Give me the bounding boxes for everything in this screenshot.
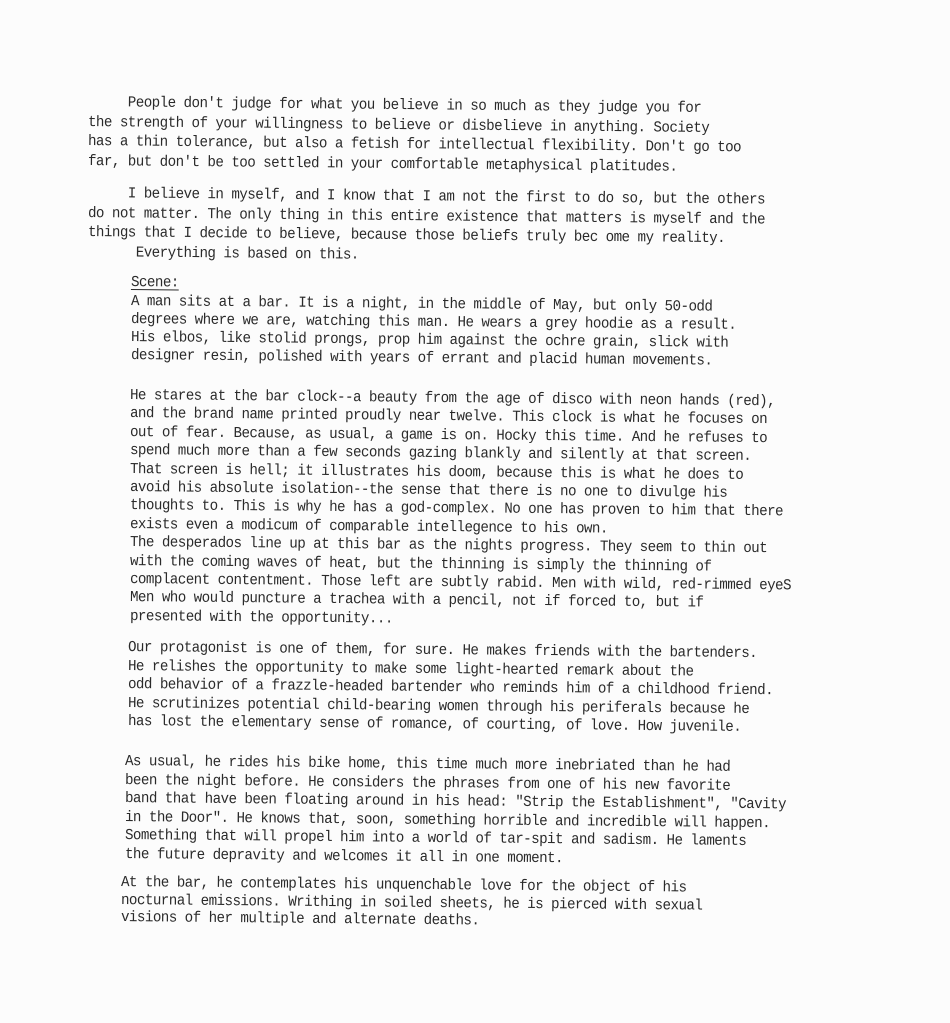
text-line: far, but don't be too settled in your co… bbox=[88, 152, 678, 176]
typewritten-page: People don't judge for what you believe … bbox=[0, 0, 950, 1023]
text-line: the future depravity and welcomes it all… bbox=[125, 845, 563, 867]
text-line: presented with the opportunity... bbox=[130, 607, 393, 628]
text-line: visions of her multiple and alternate de… bbox=[121, 908, 480, 929]
text-line: Everything is based on this. bbox=[88, 243, 359, 264]
scene-heading-text: Scene: bbox=[131, 273, 179, 291]
